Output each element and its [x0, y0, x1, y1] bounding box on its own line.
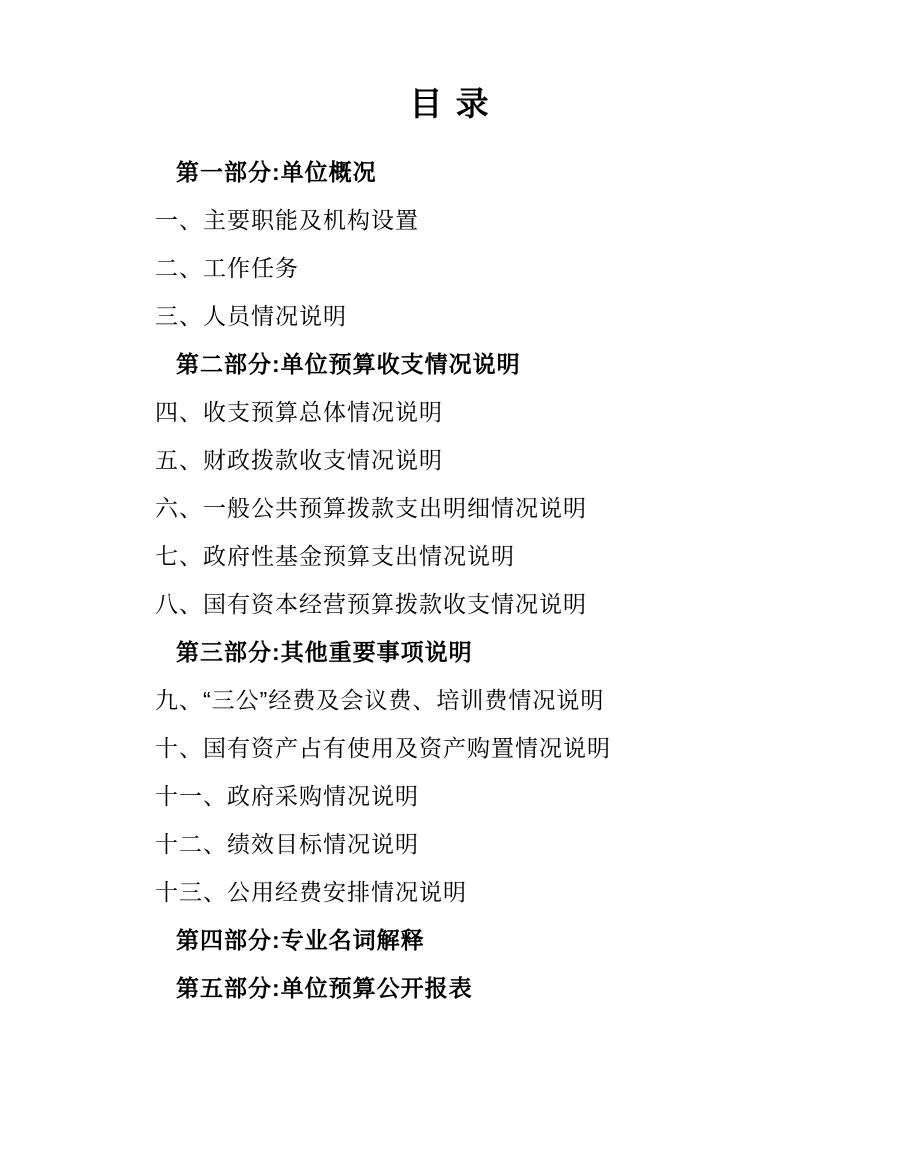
toc-section-heading: 第四部分:专业名词解释: [176, 916, 900, 964]
toc-section-heading: 第三部分:其他重要事项说明: [176, 628, 900, 676]
toc-item: 四、收支预算总体情况说明: [155, 388, 900, 436]
toc-item: 一、主要职能及机构设置: [155, 196, 900, 244]
toc-list: 第一部分:单位概况一、主要职能及机构设置二、工作任务三、人员情况说明第二部分:单…: [0, 148, 900, 1012]
toc-item: 五、财政拨款收支情况说明: [155, 436, 900, 484]
page-title: 目 录: [0, 0, 900, 124]
toc-item: 三、人员情况说明: [155, 292, 900, 340]
toc-section-heading: 第二部分:单位预算收支情况说明: [176, 340, 900, 388]
toc-item: 十、国有资产占有使用及资产购置情况说明: [155, 724, 900, 772]
toc-item: 十三、公用经费安排情况说明: [155, 868, 900, 916]
toc-section-heading: 第一部分:单位概况: [176, 148, 900, 196]
toc-item: 十一、政府采购情况说明: [155, 772, 900, 820]
toc-item: 六、一般公共预算拨款支出明细情况说明: [155, 484, 900, 532]
toc-section-heading: 第五部分:单位预算公开报表: [176, 964, 900, 1012]
toc-item: 八、国有资本经营预算拨款收支情况说明: [155, 580, 900, 628]
toc-item: 九、“三公”经费及会议费、培训费情况说明: [155, 676, 900, 724]
toc-item: 二、工作任务: [155, 244, 900, 292]
document-page: 目 录 第一部分:单位概况一、主要职能及机构设置二、工作任务三、人员情况说明第二…: [0, 0, 900, 1164]
toc-item: 七、政府性基金预算支出情况说明: [155, 532, 900, 580]
toc-item: 十二、绩效目标情况说明: [155, 820, 900, 868]
